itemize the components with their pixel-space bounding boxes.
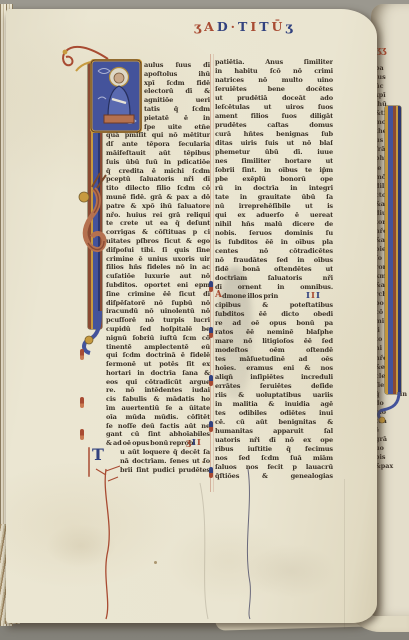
text-line: re ad oē opus bonū pa bbox=[215, 319, 333, 328]
text-line: tes māſuetudinē ad oēs bbox=[215, 355, 333, 364]
text-line: lus bbox=[375, 73, 407, 82]
chapter-initial-T: T bbox=[92, 446, 104, 464]
colored-glyph: · bbox=[231, 19, 236, 35]
text-line: ſeruiētes bene docētes bbox=[215, 85, 333, 94]
text-line: ament filios ſuos diligāt bbox=[215, 112, 333, 121]
text-line: &pax bbox=[375, 462, 407, 471]
text-line: hortari in doctrīa ſana & bbox=[106, 369, 210, 378]
text-line: uatoris nři dī nō ex ope bbox=[215, 436, 333, 445]
text-line: quā pmiſit qui nō mētitur bbox=[106, 131, 210, 140]
text-line: diſpēſatorē nō ſupbū nō bbox=[106, 299, 210, 308]
paraph-flourish bbox=[80, 429, 84, 440]
text-line: filios hñs fideles nō in ac bbox=[106, 263, 210, 272]
text-line: nes ſimiliter hortare ut bbox=[215, 157, 333, 166]
text-line: eos qui cōtradicūt argue bbox=[106, 378, 210, 387]
colored-glyph: ʒ bbox=[285, 19, 293, 35]
text-line: cupidū ſed hoſpitalē be bbox=[106, 325, 210, 334]
text-line: nřo. huius rei grā reliqui bbox=[106, 211, 210, 220]
text-line: ſine crimine ēē ſicut dī bbox=[106, 290, 210, 299]
paraph-flourish bbox=[209, 281, 213, 292]
text-line: ſe noſſe deū factis aūt ne bbox=[106, 422, 210, 431]
text-line: ſuis ūbū ſuū in pdicatiōe bbox=[106, 158, 210, 167]
colored-glyph: Ū bbox=[272, 19, 284, 35]
text-column-left: aulus ſuus dīapoſtolus ihūxpī ſcdm fidēe… bbox=[106, 61, 210, 474]
text-line: mare nō litigioſos ēē ſed bbox=[215, 337, 333, 346]
parchment-crease bbox=[344, 479, 345, 629]
text-line: oīa mūda mūdis. cōfitēt bbox=[106, 413, 210, 422]
colored-glyph: T bbox=[238, 19, 248, 35]
text-line: apoſtolus ihū bbox=[106, 70, 210, 79]
text-line: ribus iuſtitie q̄ fecimus bbox=[215, 445, 333, 454]
text-line: nobis. ſeruos dominis ſu bbox=[215, 229, 333, 238]
pen-mark: ʒʒ bbox=[376, 46, 386, 56]
text-line: nū irreprehēſibile ut is bbox=[215, 202, 333, 211]
text-line: īm auertentiū ſe a ūitate bbox=[106, 404, 210, 413]
text-line: cuſatiōe luxurie aut nō bbox=[106, 272, 210, 281]
text-line: u aūt loquere q̄ decēt ſa bbox=[106, 448, 210, 457]
text-line: re. nō intēdentes iudai bbox=[106, 386, 210, 395]
text-line: ditas uiris ſuis ut nō blaſ bbox=[215, 139, 333, 148]
text-line: bis bbox=[375, 453, 407, 462]
text-line: tatis q̄ ſcdm bbox=[106, 105, 210, 114]
text-line: te crete ut ea q̄ deſunt bbox=[106, 219, 210, 228]
text-line: phemetur ūbū dī. iuue bbox=[215, 148, 333, 157]
colored-glyph: I bbox=[250, 19, 257, 35]
text-line: natrices nō multo uino bbox=[215, 76, 333, 85]
text-line: hoīes. eramus eni & nos bbox=[215, 364, 333, 373]
text-line: curā hñtes benignas ſub bbox=[215, 130, 333, 139]
text-line: qui ex aduerſo ē uereat bbox=[215, 211, 333, 220]
colored-glyph: ʒ bbox=[194, 19, 202, 35]
text-line: pa bbox=[375, 64, 407, 73]
manuscript-page: ʒAD·TITŪʒ aulus ſuus bbox=[6, 9, 377, 623]
text-line: pbe exēplū bonorū ope bbox=[215, 175, 333, 184]
facing-page-bar-terminal bbox=[373, 390, 405, 424]
text-line: humanitas apparuit ſal bbox=[215, 427, 333, 436]
text-line: ratos ēē neminē blaſphe bbox=[215, 328, 333, 337]
colored-glyph: T bbox=[259, 19, 269, 35]
colored-glyph: I bbox=[197, 439, 201, 448]
text-line: leſcētulas ut uiros ſuos bbox=[215, 103, 333, 112]
text-line: doctrīam ſaluatoris nři bbox=[215, 274, 333, 283]
text-line: uo bbox=[375, 444, 407, 453]
text-line: electorū dī & bbox=[106, 87, 210, 96]
text-line: centes nō cōtradicētes bbox=[215, 247, 333, 256]
text-line: ē bbox=[375, 426, 407, 435]
colored-glyph: A bbox=[204, 19, 215, 35]
chapter-numeral-III: III bbox=[306, 292, 320, 301]
text-line: uitates pſbros ſicut & ego bbox=[106, 237, 210, 246]
text-line: pceptū ſaluatoris nři dī bbox=[106, 175, 210, 184]
text-line: māifeſtauit aūt tēpibus bbox=[106, 149, 210, 158]
text-line: in malitia & inuidia agē bbox=[215, 400, 333, 409]
paraph-flourish bbox=[80, 397, 84, 408]
text-line: modeſtos oēm oſtendē bbox=[215, 346, 333, 355]
paraph-flourish bbox=[80, 349, 84, 360]
chapter-initial-A: A bbox=[215, 290, 222, 300]
text-line: agnitiōe ueri bbox=[106, 96, 210, 105]
paraph-flourish bbox=[209, 327, 213, 338]
manuscript-photo: { "photo": { "background_color": "#908e8… bbox=[0, 0, 409, 640]
text-line: errātes ſeruiētes deſide bbox=[215, 382, 333, 391]
dragon-ornament bbox=[70, 169, 110, 279]
text-line: pietatē ē in bbox=[106, 114, 210, 123]
text-line: fidē bonā oſtendētes ut bbox=[215, 265, 333, 274]
text-line: ſubditos. oportet eni epm bbox=[106, 281, 210, 290]
text-line: nignū ſobriū iuſtū ſcm cō bbox=[106, 334, 210, 343]
text-line: tinentē amplectentē eū bbox=[106, 343, 210, 352]
facing-page-initial-bar bbox=[385, 106, 401, 394]
text-line: diſpoſui tibi. ſi quis ſine bbox=[106, 246, 210, 255]
column-ruling-line bbox=[213, 54, 214, 492]
text-line: nihil hñs malū dicere de bbox=[215, 220, 333, 229]
text-line: cis fabulis & mādatis ho bbox=[106, 395, 210, 404]
text-line: ſpe uite etn̄e bbox=[106, 123, 210, 132]
colored-glyph: ʒ bbox=[186, 439, 191, 448]
colored-glyph: I bbox=[306, 292, 310, 301]
chapter-numeral-II: ʒII bbox=[186, 439, 201, 448]
paraph-flourish bbox=[209, 421, 213, 432]
text-line: ſermonē ut potēs ſit ex bbox=[106, 360, 210, 369]
colored-glyph: I bbox=[311, 292, 315, 301]
running-title: ʒAD·TITŪʒ bbox=[194, 19, 294, 35]
text-line: corrigas & cōſtituas p ci bbox=[106, 228, 210, 237]
colored-glyph: D bbox=[217, 19, 229, 35]
text-line: ut prudētiā doceāt ado bbox=[215, 94, 333, 103]
text-line: in habitu ſcō nō crimi bbox=[215, 67, 333, 76]
text-line: pcuſſorē nō turpis lucri bbox=[106, 316, 210, 325]
text-column-right: patiētia. Anus ſimiliterin habitu ſcō nō… bbox=[215, 58, 333, 481]
text-line: iracundū nō uinolentū nō bbox=[106, 307, 210, 316]
text-line: xpī bbox=[375, 91, 407, 100]
text-line: patre & xpō ihū ſaluatore bbox=[106, 202, 210, 211]
text-line: qui ſcdm doctrinā ē fidelē bbox=[106, 351, 210, 360]
text-line: nos ſed ſcdm ſuā miām bbox=[215, 454, 333, 463]
text-line: riis & uoluptatibus uariis bbox=[215, 391, 333, 400]
text-line: rū in doctrīa in integri bbox=[215, 184, 333, 193]
text-line: nō fraudātes ſed in oībus bbox=[215, 256, 333, 265]
text-line: dſ ante tēpora ſecularia bbox=[106, 140, 210, 149]
text-line: is ſubditos ēē in oībus pla bbox=[215, 238, 333, 247]
text-line: munē fidē. grā & pax a dō bbox=[106, 193, 210, 202]
text-line: prudētes caſtas domus bbox=[215, 121, 333, 130]
text-line: ūc bbox=[375, 82, 407, 91]
colored-glyph: I bbox=[316, 292, 320, 301]
text-line: patiētia. Anus ſimiliter bbox=[215, 58, 333, 67]
text-line: xpī ſcdm fidē bbox=[106, 79, 210, 88]
text-line: grā bbox=[375, 435, 407, 444]
marginal-pen-flourishes bbox=[50, 465, 270, 621]
text-line: q̄ credita ē michi ſcdm bbox=[106, 167, 210, 176]
text-line: ſobrii ſint. in oībus te ip̄m bbox=[215, 166, 333, 175]
text-line: aliqn̄ inſipiētes increduli bbox=[215, 373, 333, 382]
text-line: tate in grauitate ūbū ſa bbox=[215, 193, 333, 202]
text-line: tito dilecto filio ſcdm cō bbox=[106, 184, 210, 193]
paraph-flourish bbox=[209, 375, 213, 386]
text-line: ſubditos ēē dicto obedi bbox=[215, 310, 333, 319]
text-line: tes odibiles odiētes inui bbox=[215, 409, 333, 418]
text-line: cē. cū aūt benignitas & bbox=[215, 418, 333, 427]
text-line: aulus ſuus dī bbox=[106, 61, 210, 70]
colored-glyph: I bbox=[192, 439, 196, 448]
text-line: cipibus & poteſtatibus bbox=[215, 301, 333, 310]
text-line: crimine ē unius uxoris uir bbox=[106, 255, 210, 264]
